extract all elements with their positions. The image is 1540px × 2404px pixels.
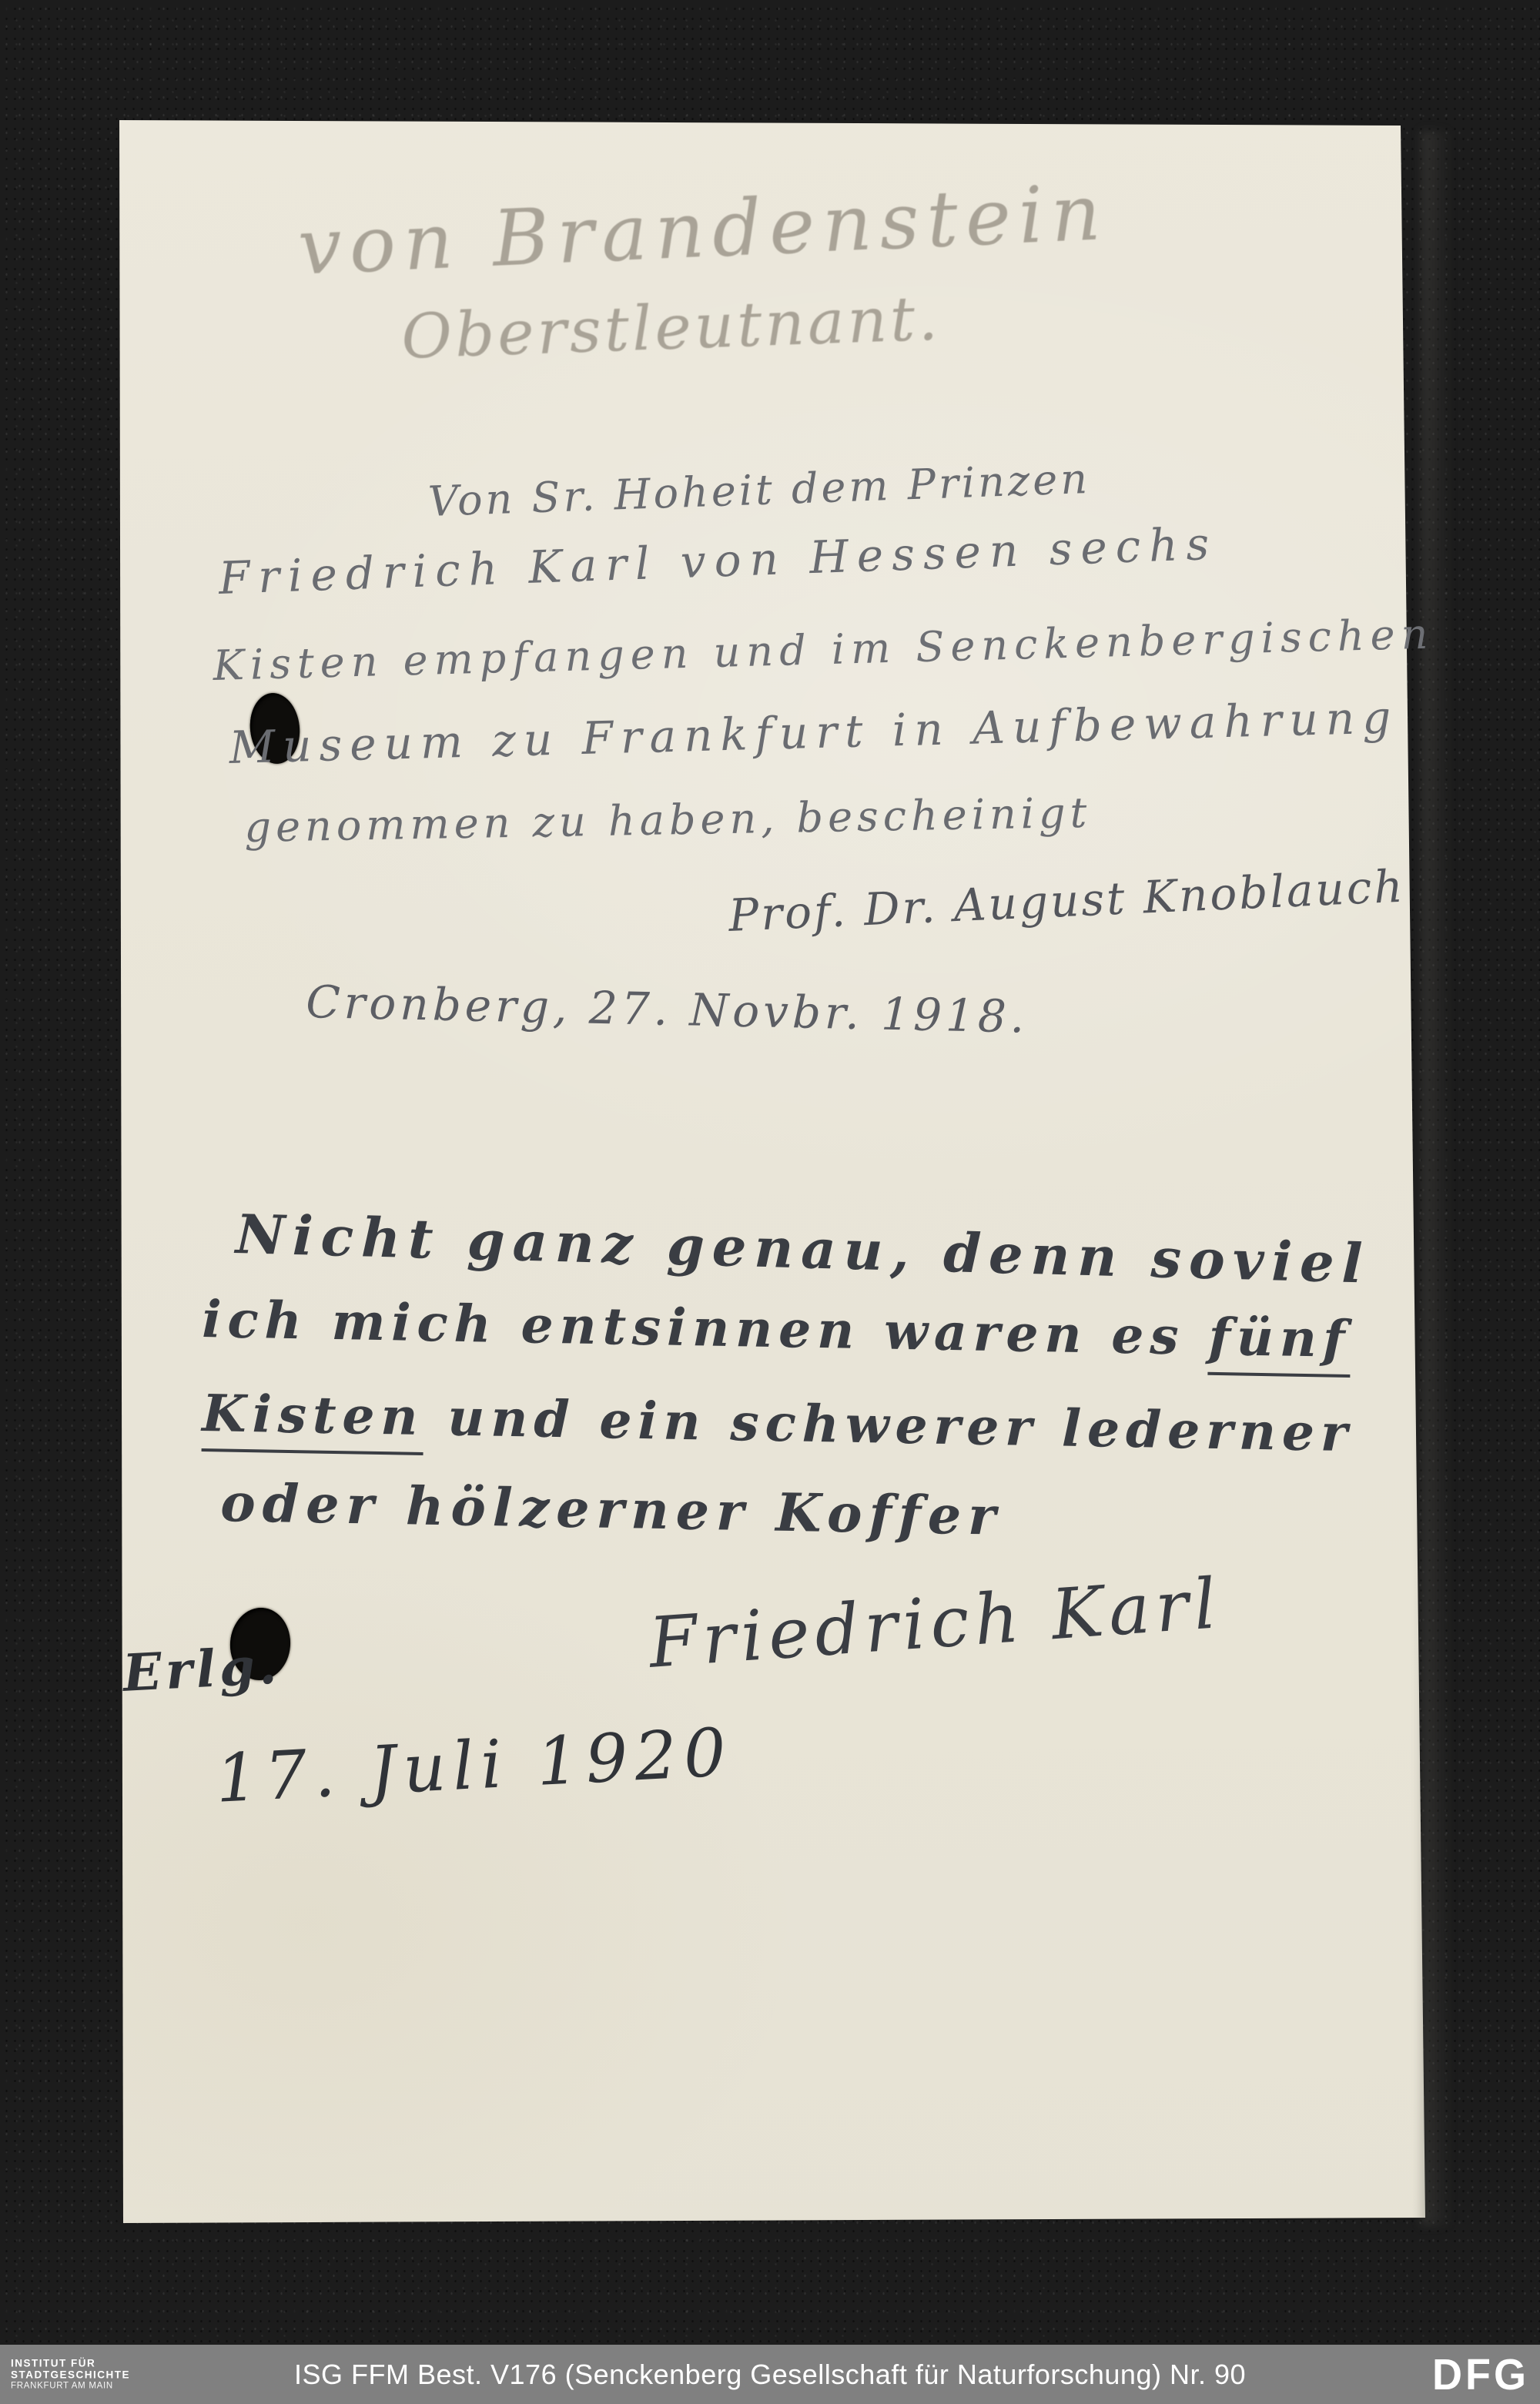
- dfg-logo: DFG: [1432, 2349, 1529, 2399]
- institute-logo: INSTITUT FÜR STADTGESCHICHTE FRANKFURT A…: [11, 2357, 130, 2392]
- note-underlined-kisten: Kisten: [202, 1383, 425, 1455]
- footer-bar: INSTITUT FÜR STADTGESCHICHTE FRANKFURT A…: [0, 2345, 1540, 2404]
- erledigt-mark: Erlg.: [122, 1639, 281, 1699]
- institute-name-line1: INSTITUT FÜR: [11, 2357, 130, 2369]
- archival-scan: von Brandenstein Oberstleutnant. Von Sr.…: [0, 0, 1540, 2404]
- archive-reference-caption: ISG FFM Best. V176 (Senckenberg Gesellsc…: [294, 2359, 1246, 2391]
- note-underlined-fuenf: fünf: [1208, 1307, 1351, 1378]
- paper-edge-shadow: [1421, 131, 1457, 2225]
- document-paper: [0, 0, 1540, 2404]
- pencil-annotation-line2: Oberstleutnant.: [400, 288, 942, 368]
- note-line-4: oder hölzerner Koffer: [220, 1477, 1003, 1543]
- institute-city: FRANKFURT AM MAIN: [11, 2380, 130, 2392]
- institute-name-line2: STADTGESCHICHTE: [11, 2369, 130, 2380]
